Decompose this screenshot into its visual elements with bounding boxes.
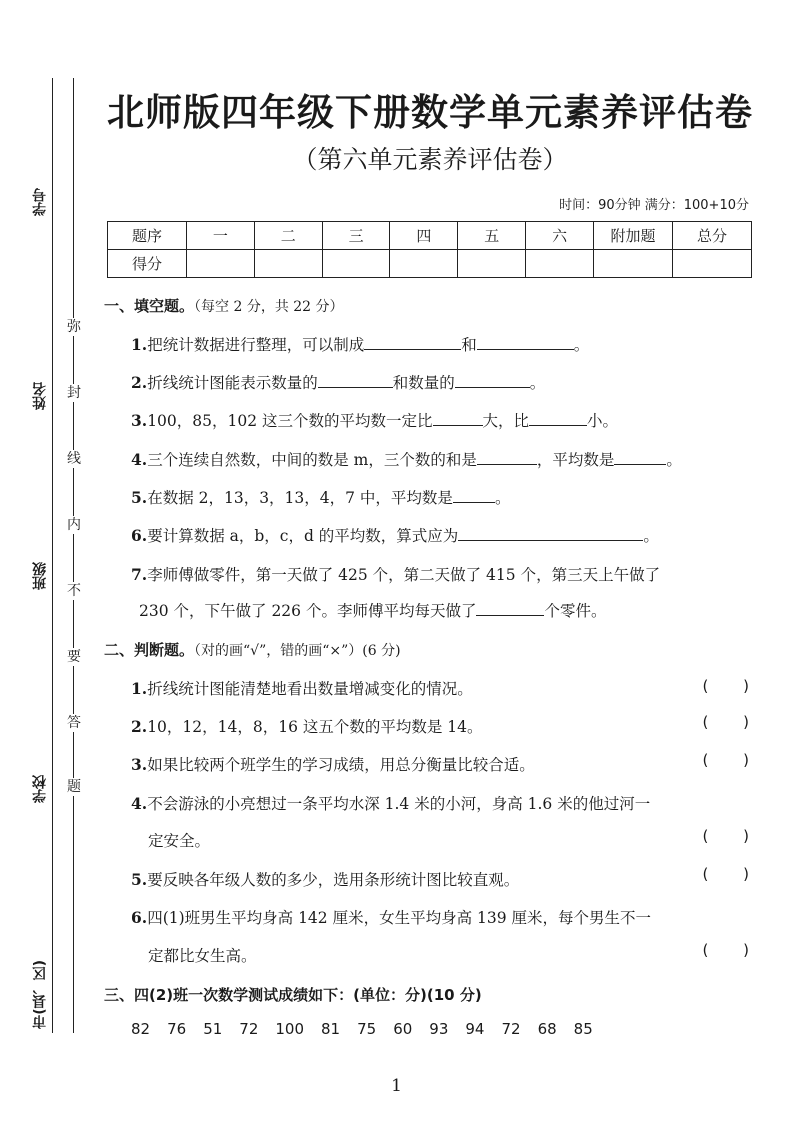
score-value: 81 bbox=[321, 1020, 340, 1038]
header-cell: 五 bbox=[458, 222, 526, 250]
answer-blank[interactable] bbox=[477, 335, 574, 350]
question-text: 三个连续自然数，中间的数是 m，三个数的和是 bbox=[147, 451, 477, 469]
score-table: 题序 一 二 三 四 五 六 附加题 总分 得分 bbox=[107, 221, 752, 278]
student-id-label: 学号 bbox=[30, 188, 52, 216]
question-number: 3. bbox=[131, 755, 147, 774]
header-cell: 二 bbox=[254, 222, 322, 250]
score-row-label: 得分 bbox=[108, 250, 187, 278]
question-number: 6. bbox=[131, 908, 147, 927]
seal-char: 弥 bbox=[66, 318, 82, 336]
header-cell: 附加题 bbox=[594, 222, 673, 250]
question-text: 个零件。 bbox=[544, 602, 606, 620]
score-cell[interactable] bbox=[673, 250, 752, 278]
exam-subtitle: （第六单元素养评估卷） bbox=[100, 140, 760, 176]
name-label: 姓名 bbox=[30, 382, 52, 410]
question-text: 10，12，14，8，16 这五个数的平均数是 14。 bbox=[147, 718, 482, 736]
answer-parentheses[interactable]: ( ) bbox=[703, 713, 749, 731]
question-text: 要反映各年级人数的多少，选用条形统计图比较直观。 bbox=[147, 871, 519, 889]
answer-blank[interactable] bbox=[364, 335, 461, 350]
judge-question-1: 1.折线统计图能清楚地看出数量增减变化的情况。 bbox=[131, 677, 756, 699]
section-2-heading: 二、判断题。（对的画“√”，错的画“×”）(6 分) bbox=[104, 639, 401, 660]
judge-question-6: 6.四(1)班男生平均身高 142 厘米，女生平均身高 139 厘米，每个男生不… bbox=[131, 906, 756, 928]
score-value: 85 bbox=[574, 1020, 593, 1038]
binding-line-inner bbox=[73, 78, 74, 1033]
score-value: 93 bbox=[429, 1020, 448, 1038]
answer-blank[interactable] bbox=[318, 373, 393, 388]
score-value: 72 bbox=[239, 1020, 258, 1038]
judge-question-2: 2.10，12，14，8，16 这五个数的平均数是 14。 bbox=[131, 715, 756, 737]
judge-question-4-line-2: 定安全。 bbox=[148, 829, 773, 851]
header-cell: 四 bbox=[390, 222, 458, 250]
answer-blank[interactable] bbox=[477, 450, 537, 465]
question-text: 。 bbox=[495, 489, 511, 507]
judge-question-4: 4.不会游泳的小亮想过一条平均水深 1.4 米的小河，身高 1.6 米的他过河一 bbox=[131, 792, 756, 814]
class-label: 班级 bbox=[30, 562, 52, 590]
question-number: 5. bbox=[131, 870, 147, 889]
score-value: 82 bbox=[131, 1020, 150, 1038]
header-cell: 总分 bbox=[673, 222, 752, 250]
question-number: 1. bbox=[131, 335, 147, 354]
question-text: 如果比较两个班学生的学习成绩，用总分衡量比较合适。 bbox=[147, 756, 535, 774]
question-number: 3. bbox=[131, 411, 147, 430]
question-text: 在数据 2，13，3，13，4，7 中，平均数是 bbox=[147, 489, 453, 507]
score-cell[interactable] bbox=[187, 250, 255, 278]
answer-parentheses[interactable]: ( ) bbox=[703, 865, 749, 883]
header-cell: 三 bbox=[322, 222, 390, 250]
question-text: 230 个，下午做了 226 个。李师傅平均每天做了 bbox=[139, 602, 476, 620]
score-value: 72 bbox=[501, 1020, 520, 1038]
question-number: 5. bbox=[131, 488, 147, 507]
question-text: 四(1)班男生平均身高 142 厘米，女生平均身高 139 厘米，每个男生不一 bbox=[147, 909, 651, 927]
score-cell[interactable] bbox=[526, 250, 594, 278]
question-text: 李师傅做零件，第一天做了 425 个，第二天做了 415 个，第三天上午做了 bbox=[147, 566, 660, 584]
question-number: 4. bbox=[131, 450, 147, 469]
fill-question-3: 3.100，85，102 这三个数的平均数一定比大，比小。 bbox=[131, 409, 756, 431]
question-text: 和 bbox=[461, 336, 477, 354]
header-cell: 一 bbox=[187, 222, 255, 250]
seal-char: 线 bbox=[66, 450, 82, 468]
binding-line-outer bbox=[52, 78, 53, 1033]
score-table-header-row: 题序 一 二 三 四 五 六 附加题 总分 bbox=[108, 222, 752, 250]
city-district-label: 市(县、区) bbox=[30, 960, 52, 1029]
question-number: 2. bbox=[131, 717, 147, 736]
score-value: 100 bbox=[275, 1020, 304, 1038]
score-value: 94 bbox=[465, 1020, 484, 1038]
score-value: 68 bbox=[538, 1020, 557, 1038]
question-text: 不会游泳的小亮想过一条平均水深 1.4 米的小河，身高 1.6 米的他过河一 bbox=[147, 795, 650, 813]
fill-question-5: 5.在数据 2，13，3，13，4，7 中，平均数是。 bbox=[131, 486, 756, 508]
answer-blank[interactable] bbox=[433, 411, 483, 426]
test-scores-list: 827651721008175609394726885 bbox=[131, 1020, 610, 1038]
judge-question-6-line-2: 定都比女生高。 bbox=[148, 944, 773, 966]
score-value: 60 bbox=[393, 1020, 412, 1038]
score-cell[interactable] bbox=[594, 250, 673, 278]
judge-question-5: 5.要反映各年级人数的多少，选用条形统计图比较直观。 bbox=[131, 868, 756, 890]
question-text: 要计算数据 a，b，c，d 的平均数，算式应为 bbox=[147, 527, 458, 545]
question-text: 。 bbox=[574, 336, 590, 354]
seal-char: 题 bbox=[66, 778, 82, 796]
fill-question-7-line-2: 230 个，下午做了 226 个。李师傅平均每天做了个零件。 bbox=[139, 599, 764, 621]
seal-char: 答 bbox=[66, 714, 82, 732]
score-value: 75 bbox=[357, 1020, 376, 1038]
question-text: ，平均数是 bbox=[537, 451, 615, 469]
score-cell[interactable] bbox=[458, 250, 526, 278]
section-2-note: （对的画“√”，错的画“×”）(6 分) bbox=[194, 643, 401, 659]
score-cell[interactable] bbox=[390, 250, 458, 278]
section-2-title: 二、判断题。 bbox=[104, 641, 194, 659]
section-1-note: （每空 2 分，共 22 分） bbox=[194, 299, 344, 315]
answer-blank[interactable] bbox=[476, 601, 544, 616]
question-number: 6. bbox=[131, 526, 147, 545]
question-text: 和数量的 bbox=[393, 374, 455, 392]
section-3-title: 三、四(2)班一次数学测试成绩如下： bbox=[104, 986, 353, 1004]
section-3-heading: 三、四(2)班一次数学测试成绩如下：(单位：分)(10 分) bbox=[104, 984, 482, 1005]
answer-blank[interactable] bbox=[453, 488, 495, 503]
question-text: 。 bbox=[530, 374, 546, 392]
question-text: 折线统计图能表示数量的 bbox=[147, 374, 318, 392]
section-1-title: 一、填空题。 bbox=[104, 297, 194, 315]
score-cell[interactable] bbox=[322, 250, 390, 278]
seal-char: 封 bbox=[66, 384, 82, 402]
fill-question-6: 6.要计算数据 a，b，c，d 的平均数，算式应为。 bbox=[131, 524, 756, 546]
seal-char: 要 bbox=[66, 648, 82, 666]
question-text: 把统计数据进行整理，可以制成 bbox=[147, 336, 364, 354]
question-text: 折线统计图能清楚地看出数量增减变化的情况。 bbox=[147, 680, 473, 698]
fill-question-7: 7.李师傅做零件，第一天做了 425 个，第二天做了 415 个，第三天上午做了 bbox=[131, 563, 756, 585]
question-number: 1. bbox=[131, 679, 147, 698]
answer-parentheses[interactable]: ( ) bbox=[703, 677, 749, 695]
score-table-score-row: 得分 bbox=[108, 250, 752, 278]
seal-char: 不 bbox=[66, 582, 82, 600]
question-number: 2. bbox=[131, 373, 147, 392]
school-label: 学校 bbox=[30, 775, 52, 803]
section-1-heading: 一、填空题。（每空 2 分，共 22 分） bbox=[104, 295, 344, 316]
section-3-note: (单位：分)(10 分) bbox=[353, 986, 482, 1004]
time-score-info: 时间：90分钟 满分：100+10分 bbox=[559, 194, 749, 213]
question-text: 大，比 bbox=[483, 412, 530, 430]
fill-question-2: 2.折线统计图能表示数量的和数量的。 bbox=[131, 371, 756, 393]
answer-blank[interactable] bbox=[455, 373, 530, 388]
exam-title: 北师版四年级下册数学单元素养评估卷 bbox=[100, 82, 760, 136]
fill-question-4: 4.三个连续自然数，中间的数是 m，三个数的和是，平均数是。 bbox=[131, 448, 756, 470]
answer-parentheses[interactable]: ( ) bbox=[703, 827, 749, 845]
question-text: 100，85，102 这三个数的平均数一定比 bbox=[147, 412, 432, 430]
question-text: 。 bbox=[666, 451, 682, 469]
answer-blank[interactable] bbox=[614, 450, 666, 465]
score-cell[interactable] bbox=[254, 250, 322, 278]
answer-parentheses[interactable]: ( ) bbox=[703, 941, 749, 959]
judge-question-3: 3.如果比较两个班学生的学习成绩，用总分衡量比较合适。 bbox=[131, 753, 756, 775]
question-text: 。 bbox=[643, 527, 659, 545]
question-text: 小。 bbox=[587, 412, 618, 430]
answer-blank[interactable] bbox=[529, 411, 587, 426]
score-value: 51 bbox=[203, 1020, 222, 1038]
question-number: 7. bbox=[131, 565, 147, 584]
score-value: 76 bbox=[167, 1020, 186, 1038]
question-number: 4. bbox=[131, 794, 147, 813]
header-cell: 六 bbox=[526, 222, 594, 250]
seal-char: 内 bbox=[66, 516, 82, 534]
answer-blank[interactable] bbox=[458, 526, 643, 541]
fill-question-1: 1.把统计数据进行整理，可以制成和。 bbox=[131, 333, 756, 355]
answer-parentheses[interactable]: ( ) bbox=[703, 751, 749, 769]
page-number: 1 bbox=[0, 1076, 793, 1096]
header-cell: 题序 bbox=[108, 222, 187, 250]
